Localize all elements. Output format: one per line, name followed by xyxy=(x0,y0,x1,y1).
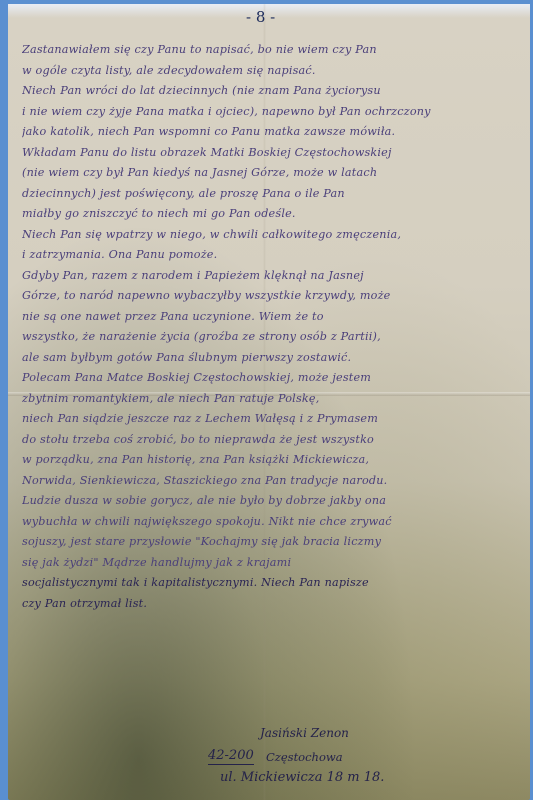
letter-line: Polecam Pana Matce Boskiej Częstochowski… xyxy=(22,368,532,389)
letter-line: Niech Pan się wpatrzy w niego, w chwili … xyxy=(22,225,532,246)
letter-line: dziecinnych) jest poświęcony, ale proszę… xyxy=(22,184,532,205)
city: Częstochowa xyxy=(266,750,343,764)
letter-line: Wkładam Panu do listu obrazek Matki Bosk… xyxy=(22,143,532,164)
letter-line: jako katolik, niech Pan wspomni co Panu … xyxy=(22,122,532,143)
street-address: ul. Mickiewicza 18 m 18. xyxy=(220,770,384,785)
letter-line: miałby go zniszczyć to niech mi go Pan o… xyxy=(22,204,532,225)
letter-line: (nie wiem czy był Pan kiedyś na Jasnej G… xyxy=(22,163,532,184)
letter-page: - 8 - Zastanawiałem się czy Panu to napi… xyxy=(8,4,530,800)
signature-name: Jasiński Zenon xyxy=(260,726,349,740)
letter-line: Górze, to naród napewno wybaczyłby wszys… xyxy=(22,286,532,307)
letter-line: Zastanawiałem się czy Panu to napisać, b… xyxy=(22,40,532,61)
letter-line: wybuchła w chwili największego spokoju. … xyxy=(22,512,532,533)
page-number: - 8 - xyxy=(246,8,275,26)
letter-line: Gdyby Pan, razem z narodem i Papieżem kl… xyxy=(22,266,532,287)
letter-line: niech Pan siądzie jeszcze raz z Lechem W… xyxy=(22,409,532,430)
letter-line: Ludzie dusza w sobie gorycz, ale nie był… xyxy=(22,491,532,512)
letter-line: nie są one nawet przez Pana uczynione. W… xyxy=(22,307,532,328)
letter-line: wszystko, że narażenie życia (groźba ze … xyxy=(22,327,532,348)
letter-body: Zastanawiałem się czy Panu to napisać, b… xyxy=(22,40,532,614)
letter-line: czy Pan otrzymał list. xyxy=(22,594,532,615)
letter-line: socjalistycznymi tak i kapitalistycznymi… xyxy=(22,573,532,594)
postal-code: 42-200 xyxy=(208,748,254,765)
letter-line: sojuszy, jest stare przysłowie "Kochajmy… xyxy=(22,532,532,553)
letter-line: i nie wiem czy żyje Pana matka i ojciec)… xyxy=(22,102,532,123)
letter-line: się jak żydzi" Mądrze handlujmy jak z kr… xyxy=(22,553,532,574)
letter-line: Norwida, Sienkiewicza, Staszickiego zna … xyxy=(22,471,532,492)
letter-line: w ogóle czyta listy, ale zdecydowałem si… xyxy=(22,61,532,82)
letter-line: zbytnim romantykiem, ale niech Pan ratuj… xyxy=(22,389,532,410)
letter-line: ale sam byłbym gotów Pana ślubnym pierws… xyxy=(22,348,532,369)
letter-line: i zatrzymania. Ona Panu pomoże. xyxy=(22,245,532,266)
letter-line: do stołu trzeba coś zrobić, bo to niepra… xyxy=(22,430,532,451)
letter-line: Niech Pan wróci do lat dziecinnych (nie … xyxy=(22,81,532,102)
letter-line: w porządku, zna Pan historię, zna Pan ks… xyxy=(22,450,532,471)
